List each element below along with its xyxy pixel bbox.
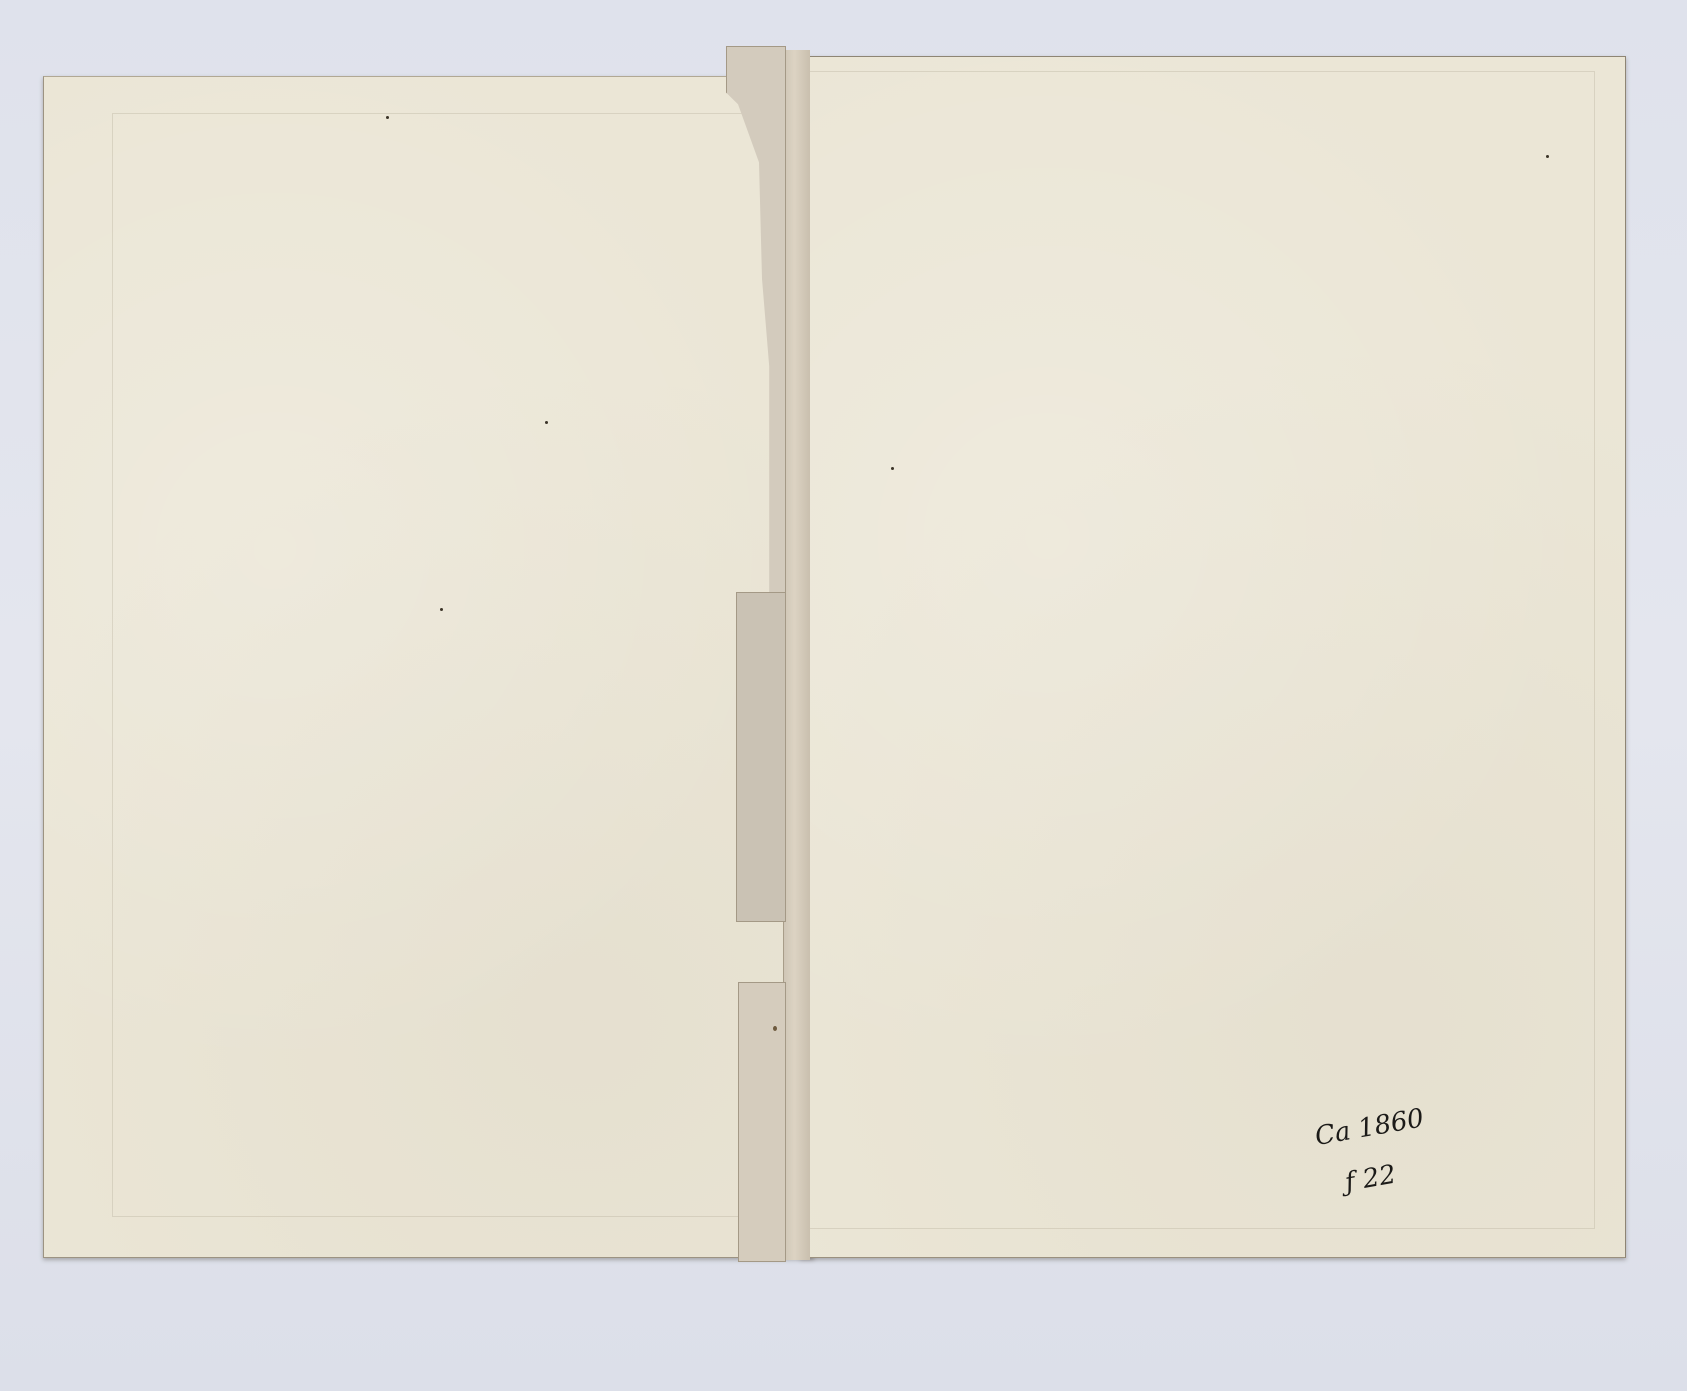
foxing-spot [386,116,389,119]
center-fold-tape [783,50,810,1260]
plate-mark-left [112,113,814,1217]
torn-paper-flap-bottom [738,982,786,1262]
stain-spot [773,1026,777,1031]
foxing-spot [891,467,894,470]
foxing-spot [1546,155,1549,158]
left-page [43,76,814,1258]
torn-paper-flap-middle [736,592,786,922]
foxing-spot [545,421,548,424]
right-page [800,56,1626,1258]
foxing-spot [440,608,443,611]
plate-mark-right [800,71,1595,1229]
